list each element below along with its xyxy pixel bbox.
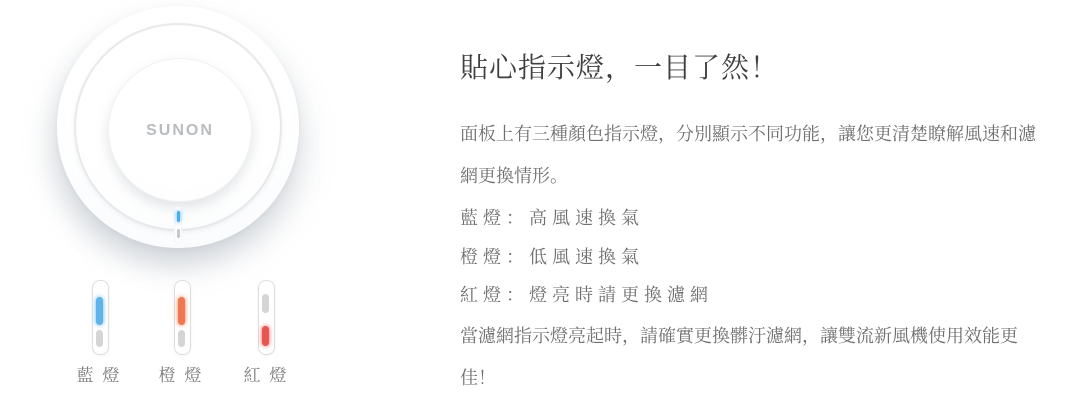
intro-paragraph: 面板上有三種顏色指示燈，分別顯示不同功能，讓您更清楚瞭解風速和濾網更換情形。 — [460, 113, 1044, 197]
legend-pill-red — [258, 280, 275, 355]
red-light-description: 紅燈：燈亮時請更換濾網 — [460, 276, 1044, 315]
legend-label-blue: 藍 燈 — [67, 361, 131, 386]
inactive-light-bar — [262, 294, 269, 313]
product-feature-section: SUNON 藍 燈 橙 燈 紅 燈 貼心指示燈，一目了然！ 面板上有三種顏色指示… — [0, 0, 1065, 400]
device-led-indicator — [174, 206, 182, 244]
led-active-dash — [177, 211, 180, 222]
inactive-light-bar — [178, 330, 185, 347]
orange-light-bar — [178, 297, 185, 325]
product-photo: SUNON — [57, 6, 299, 248]
legend-label-red: 紅 燈 — [234, 361, 298, 386]
section-heading: 貼心指示燈，一目了然！ — [460, 48, 1044, 88]
orange-light-description: 橙燈：低風速換氣 — [460, 238, 1044, 277]
light-description-list: 藍燈：高風速換氣 橙燈：低風速換氣 紅燈：燈亮時請更換濾網 — [460, 199, 1044, 315]
legend-label-orange: 橙 燈 — [149, 361, 213, 386]
led-inactive-dash — [177, 229, 180, 238]
red-light-bar — [262, 326, 269, 346]
blue-light-bar — [96, 297, 103, 325]
note-paragraph: 當濾網指示燈亮起時，請確實更換髒汙濾網，讓雙流新風機使用效能更佳！ — [460, 315, 1044, 399]
device-front-panel: SUNON — [108, 58, 252, 202]
brand-wordmark: SUNON — [109, 122, 251, 140]
inactive-light-bar — [96, 330, 103, 347]
blue-light-description: 藍燈：高風速換氣 — [460, 199, 1044, 238]
legend-pill-blue — [92, 280, 109, 355]
legend-pill-orange — [174, 280, 191, 355]
